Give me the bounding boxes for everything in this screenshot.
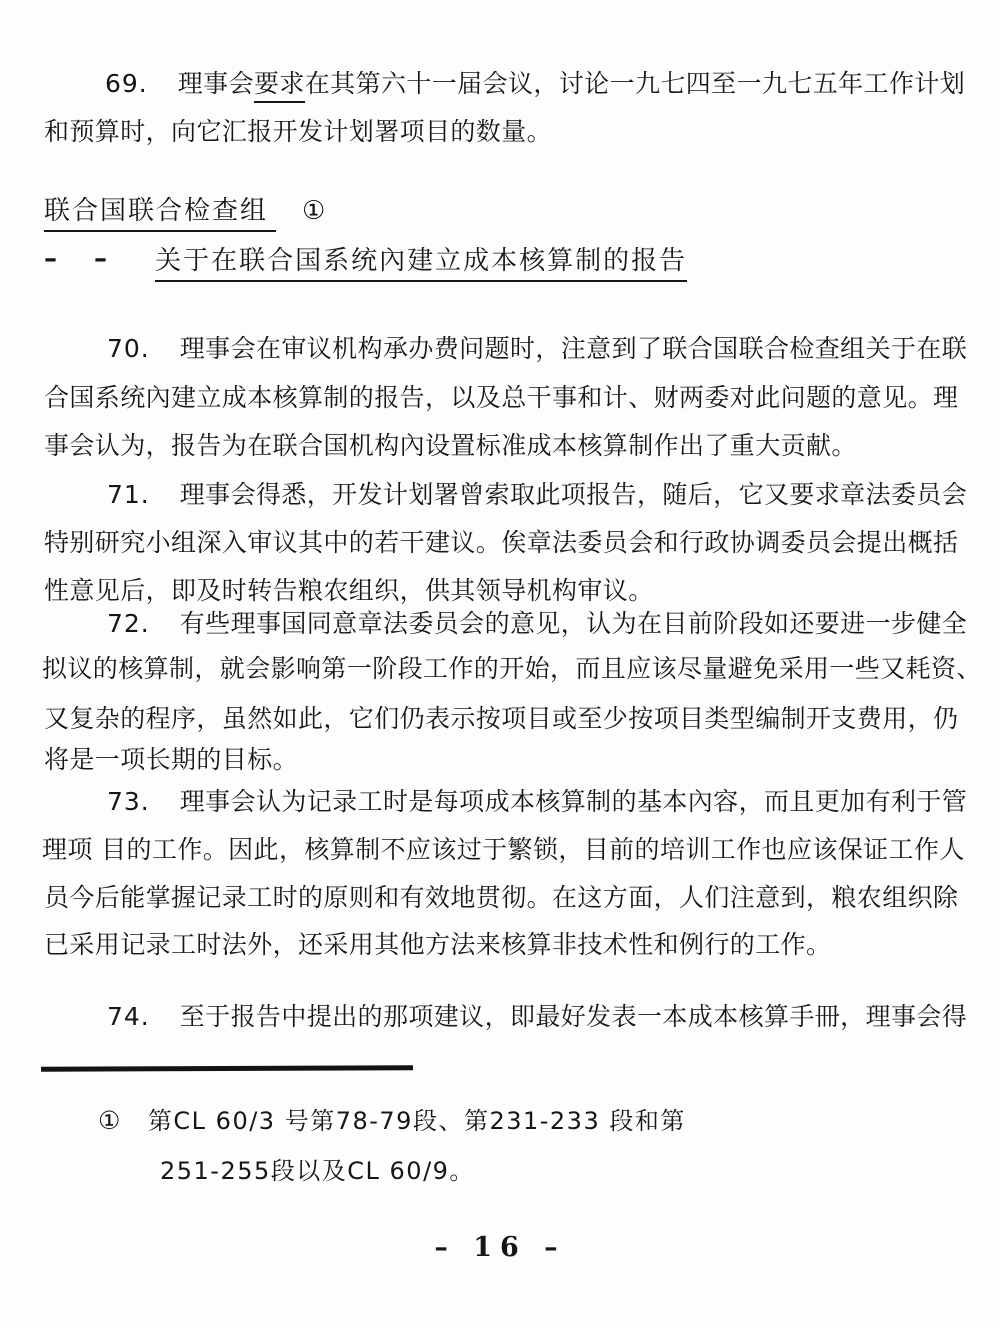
para-74-text-1: 至于报告中提出的那项建议，即最好发表一本成本核算手冊，理事会得 [180, 1002, 967, 1031]
para-70-line-1: 70.理事会在审议机构承办费问题时，注意到了联合国联合检查组关于在联 [107, 329, 967, 369]
para-70-text-1: 理事会在审议机构承办费问题时，注意到了联合国联合检查组关于在联 [180, 334, 967, 363]
footnote-marker: ① [98, 1102, 122, 1140]
para-72-line-3: 又复杂的程序，虽然如此，它们仍表示按项目或至少按项目类型编制开支费用，仍 [44, 699, 958, 739]
para-72-line-4: 将是一项长期的目标。 [44, 740, 298, 780]
para-73-line-4: 已采用记录工时法外，还采用其他方法来核算非技术性和例行的工作。 [44, 925, 831, 965]
para-74-line-1: 74.至于报告中提出的那项建议，即最好发表一本成本核算手冊，理事会得 [107, 997, 967, 1037]
footnote-line-1: ①第CL 60/3 号第78-79段、第231-233 段和第 [98, 1102, 686, 1140]
para-74-number: 74. [107, 997, 150, 1037]
para-73-number: 73. [107, 782, 150, 822]
section-subheading: – –关于在联合国系统內建立成本核算制的报告 [44, 237, 687, 281]
para-72-number: 72. [107, 604, 150, 644]
footnote-line-2: 251-255段以及CL 60/9。 [160, 1152, 475, 1190]
section-heading-footnote-ref: ① [302, 196, 327, 226]
footnote-separator [41, 1065, 413, 1072]
page-number: – 16 – [0, 1232, 1000, 1263]
para-69-number: 69. [105, 64, 148, 104]
document-page: 69.理事会要求在其第六十一届会议，讨论一九七四至一九七五年工作计划 和预算时，… [0, 0, 1000, 1327]
para-71-number: 71. [107, 475, 150, 515]
section-heading: 联合国联合检查组① [44, 189, 327, 233]
section-heading-title: 联合国联合检查组 [44, 196, 276, 232]
para-73-line-2: 理项 目的工作。因此，核算制不应该过于繁锁，目前的培训工作也应该保证工作人 [42, 830, 965, 870]
para-73-line-3: 员今后能掌握记录工时的原则和有效地贯彻。在这方面，人们注意到，粮农组织除 [44, 878, 958, 918]
para-70-line-3: 事会认为，报告为在联合国机构內设置标准成本核算制作出了重大贡献。 [44, 426, 857, 466]
para-69-text-underlined: 要求 [254, 69, 305, 103]
para-73-line-1: 73.理事会认为记录工时是每项成本核算制的基本內容，而且更加有利于管 [107, 782, 967, 822]
para-71-line-2: 特别研究小组深入审议其中的若干建议。俟章法委员会和行政协调委员会提出概括 [44, 523, 958, 563]
para-71-line-1: 71.理事会得悉，开发计划署曾索取此项报告，随后，它又要求章法委员会 [107, 475, 967, 515]
para-70-number: 70. [107, 329, 150, 369]
footnote-text-1: 第CL 60/3 号第78-79段、第231-233 段和第 [148, 1107, 686, 1135]
para-70-line-2: 合国系统內建立成本核算制的报告，以及总干事和计、财两委对此问题的意见。理 [44, 378, 958, 418]
subheading-dashes: – – [44, 237, 121, 281]
para-69-text-before: 理事会 [178, 69, 254, 98]
para-69-line-2: 和预算时，向它汇报开发计划署项目的数量。 [44, 112, 552, 152]
para-72-line-2: 拟议的核算制，就会影响第一阶段工作的开始，而且应该尽量避免采用一些又耗资、 [42, 649, 982, 689]
para-69-text-after: 在其第六十一届会议，讨论一九七四至一九七五年工作计划 [305, 69, 965, 98]
para-72-line-1: 72.有些理事国同意章法委员会的意见，认为在目前阶段如还要进一步健全 [107, 604, 967, 644]
para-71-text-1: 理事会得悉，开发计划署曾索取此项报告，随后，它又要求章法委员会 [180, 480, 967, 509]
para-72-text-1: 有些理事国同意章法委员会的意见，认为在目前阶段如还要进一步健全 [180, 609, 967, 638]
section-subheading-title: 关于在联合国系统內建立成本核算制的报告 [155, 246, 687, 282]
para-73-text-1: 理事会认为记录工时是每项成本核算制的基本內容，而且更加有利于管 [180, 787, 967, 816]
para-69-line-1: 69.理事会要求在其第六十一届会议，讨论一九七四至一九七五年工作计划 [105, 64, 965, 104]
